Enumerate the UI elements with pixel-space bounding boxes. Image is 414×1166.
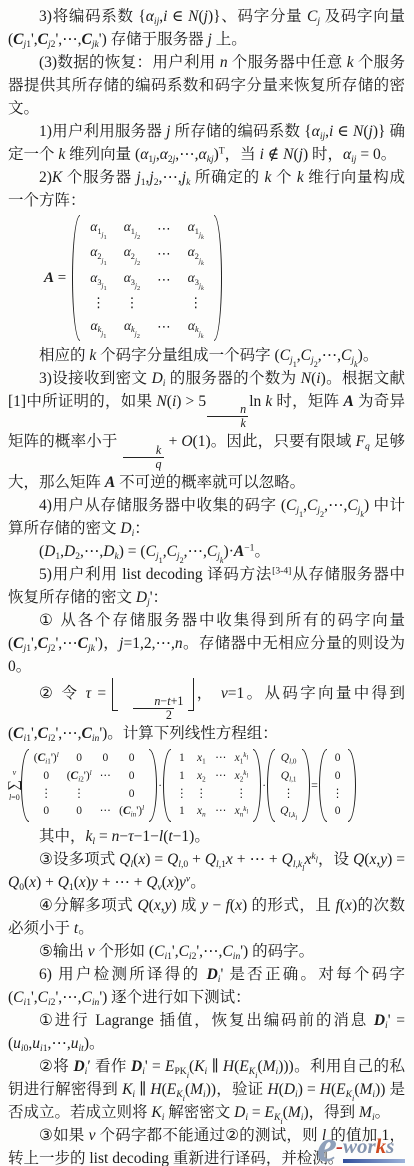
matrix-cell: 0 bbox=[129, 788, 135, 802]
matrix-cell: (Cin')l bbox=[119, 805, 144, 819]
para-substep2-tau-definition: ② 令 τ = n−t+12， v=1。从码字向量中得到 (Ci1',Ci2',… bbox=[8, 678, 405, 745]
coefficient-column-grid: Ql,0Ql,1⋮Ql,kl bbox=[275, 749, 302, 822]
matrix-cell: ⋯ bbox=[215, 752, 227, 766]
matrix-cell: 0 bbox=[43, 770, 49, 784]
logo-k-text: k bbox=[376, 1135, 387, 1158]
para-singular-matrix-probability: 3)设接收到密文 Di 的服务器的个数为 N(i)。根据文献[1]中所证明的，如… bbox=[8, 367, 405, 494]
para-codeword-composition: 相应的 k 个码字分量组成一个码字 (Cj1,Cj2,⋯,Cjk)。 bbox=[8, 344, 405, 367]
equation-decode-ciphertext: (D1,D2,⋯,Dk) = (Cj1,Cj2,⋯,Cjk)·A−1。 bbox=[8, 540, 405, 563]
zero-column-grid: 00⋮0 bbox=[327, 749, 349, 822]
para-recover-step2-square-matrix: 2)K 个服务器 j1,j2,⋯,jk 所确定的 k 个 k 维行向量构成一个方… bbox=[8, 166, 405, 212]
para-step4-compute-ciphertext: 4)用户从存储服务器中收集的码字 (Cj1,Cj2,⋯,Cjk) 中计算所存储的… bbox=[8, 494, 405, 540]
para-check2-decrypt-verify: ②将 Di′ 看作 Di' = EPKi(Ki ∥ H(EKi(Mi)))。利用… bbox=[8, 1055, 405, 1124]
matrix-cell: 0 bbox=[103, 752, 109, 766]
matrix-cell: x1kl bbox=[235, 752, 249, 766]
matrix-cell: ⋯ bbox=[100, 805, 112, 819]
matrix-cell: ⋮ bbox=[40, 788, 52, 802]
right-paren bbox=[302, 749, 310, 822]
sum-lower-limit: l=0 bbox=[9, 794, 20, 803]
matrix-cell: αkj2 bbox=[124, 318, 140, 337]
matrix-cell: 0 bbox=[76, 752, 82, 766]
para-substep5-output-codewords: ⑤输出 v 个形如 (Ci1',Ci2',⋯,Cin') 的码字。 bbox=[8, 940, 405, 963]
matrix-cell: x2 bbox=[197, 770, 206, 784]
diagonal-codeword-matrix: (Ci1')l0000(Ci2')l⋯0⋮⋮000⋯(Cin')l bbox=[21, 749, 157, 822]
matrix-cell: α3jk bbox=[188, 270, 204, 289]
matrix-cell: x2kl bbox=[235, 770, 249, 784]
matrix-a-lhs: A = bbox=[44, 267, 66, 290]
diagonal-matrix-grid: (Ci1')l0000(Ci2')l⋯0⋮⋮000⋯(Cin')l bbox=[29, 749, 149, 822]
left-paren bbox=[267, 749, 275, 822]
matrix-cell: Ql,kl bbox=[280, 805, 297, 819]
right-paren bbox=[253, 749, 261, 822]
matrix-cell: αkj1 bbox=[90, 318, 106, 337]
eworks-logo-text: e - wor k s bbox=[317, 1133, 407, 1159]
matrix-cell: α1jk bbox=[188, 219, 204, 238]
right-paren bbox=[149, 749, 157, 822]
matrix-cell: ⋯ bbox=[100, 770, 112, 784]
coefficient-column: Ql,0Ql,1⋮Ql,kl bbox=[267, 749, 310, 822]
left-paren bbox=[163, 749, 171, 822]
matrix-cell: (Ci2')l bbox=[67, 770, 92, 784]
matrix-cell: α1j2 bbox=[124, 219, 140, 238]
para-step6-verify-decoded: 6) 用户检测所译得的 Di' 是否正确。对每个码字 (Ci1',Ci2',⋯,… bbox=[8, 963, 405, 1009]
matrix-cell: ⋮ bbox=[236, 788, 248, 802]
para-kl-definition: 其中，kl = n−τ−1−l(t−1)。 bbox=[8, 825, 405, 848]
right-paren bbox=[214, 215, 222, 341]
logo-e-glyph: e bbox=[317, 1133, 337, 1159]
right-paren bbox=[348, 749, 356, 822]
para-step5-list-decoding: 5)用户利用 list decoding 译码方法[3-4]从存储服务器中恢复所… bbox=[8, 563, 405, 609]
matrix-cell: ⋮ bbox=[125, 295, 139, 311]
matrix-cell: ⋮ bbox=[283, 788, 295, 802]
left-paren bbox=[319, 749, 327, 822]
matrix-cell: ⋯ bbox=[215, 770, 227, 784]
matrix-cell: ⋮ bbox=[332, 788, 344, 802]
equation-matrix-A: A = α1j1α1j2⋯α1jkα2j1α2j2⋯α2jkα3j1α3j2⋯α… bbox=[44, 215, 405, 341]
matrix-cell: x1 bbox=[197, 752, 206, 766]
matrix-a-grid: α1j1α1j2⋯α1jkα2j1α2j2⋯α2jkα3j1α3j2⋯α3jk⋮… bbox=[80, 215, 214, 341]
matrix-cell: ⋮ bbox=[73, 788, 85, 802]
matrix-cell: ⋯ bbox=[157, 319, 171, 335]
matrix-cell: α2j2 bbox=[124, 244, 140, 263]
summation-symbol: v ∑ l=0 bbox=[9, 769, 20, 803]
matrix-cell: ⋮ bbox=[196, 788, 208, 802]
matrix-cell: xnkl bbox=[235, 805, 249, 819]
matrix-cell: ⋯ bbox=[215, 805, 227, 819]
eworks-logo: e - wor k s bbox=[317, 1133, 407, 1163]
para-recover-step1-column-vector: 1)用户利用服务器 j 所存储的编码系数 {αij,i ∈ N(j)} 确定一个… bbox=[8, 120, 405, 166]
matrix-cell: α2jk bbox=[188, 244, 204, 263]
sigma-icon: ∑ bbox=[6, 780, 23, 791]
logo-hyphen: - bbox=[336, 1135, 343, 1158]
matrix-a: α1j1α1j2⋯α1jkα2j1α2j2⋯α2jkα3j1α3j2⋯α3jk⋮… bbox=[72, 215, 222, 341]
matrix-cell: ⋯ bbox=[157, 246, 171, 262]
matrix-cell: α3j2 bbox=[124, 270, 140, 289]
matrix-cell: 1 bbox=[179, 770, 185, 784]
para-check1-lagrange-interpolation: ①进行 Lagrange 插值，恢复出编码前的消息 Di' = (ui0,ui1… bbox=[8, 1009, 405, 1055]
para-encoding-store-step3: 3)将编码系数 {αij,i ∈ N(j)}、码字分量 Cj 及码字向量 (Cj… bbox=[8, 5, 405, 51]
matrix-cell: ⋮ bbox=[176, 788, 188, 802]
matrix-cell: 0 bbox=[129, 752, 135, 766]
matrix-cell: ⋯ bbox=[157, 272, 171, 288]
para-substep1-collect-vectors: ① 从各个存储服务器中收集得到所有的码字向量 (Cj1',Cj2',⋯Cjk')… bbox=[8, 609, 405, 678]
matrix-cell: xn bbox=[197, 805, 206, 819]
logo-underline bbox=[343, 1159, 405, 1163]
matrix-cell: 1 bbox=[179, 752, 185, 766]
matrix-cell: 0 bbox=[43, 805, 49, 819]
matrix-cell: α3j1 bbox=[90, 270, 106, 289]
matrix-cell: 0 bbox=[335, 770, 341, 784]
matrix-cell: 0 bbox=[76, 805, 82, 819]
matrix-cell: ⋯ bbox=[157, 221, 171, 237]
para-substep3-polynomial: ③设多项式 Ql(x) = Ql,0 + Ql,1x + ⋯ + Ql,klxk… bbox=[8, 848, 405, 894]
zero-column: 00⋮0 bbox=[319, 749, 357, 822]
sum-upper-limit: v bbox=[13, 769, 17, 778]
para-substep4-factor-polynomial: ④分解多项式 Q(x,y) 成 y − f(x) 的形式，且 f(x)的次数必须… bbox=[8, 894, 405, 940]
matrix-cell: Ql,0 bbox=[281, 752, 297, 766]
matrix-cell: ⋮ bbox=[92, 295, 106, 311]
multiply-dot: · bbox=[158, 774, 162, 797]
equals-sign: = bbox=[311, 774, 318, 797]
matrix-cell: ⋮ bbox=[189, 295, 203, 311]
left-paren bbox=[72, 215, 80, 341]
document-page: 3)将编码系数 {αij,i ∈ N(j)}、码字分量 Cj 及码字向量 (Cj… bbox=[0, 0, 414, 1166]
matrix-cell: α2j1 bbox=[90, 244, 106, 263]
matrix-cell: 0 bbox=[335, 805, 341, 819]
multiply-dot: · bbox=[262, 774, 266, 797]
logo-s-text: s bbox=[386, 1135, 394, 1158]
vandermonde-matrix: 1x1⋯x1kl1x2⋯x2kl⋮⋮⋮1xn⋯xnkl bbox=[163, 749, 261, 822]
matrix-cell: 0 bbox=[129, 770, 135, 784]
matrix-cell: (Ci1')l bbox=[34, 752, 59, 766]
equation-linear-system: v ∑ l=0 (Ci1')l0000(Ci2')l⋯0⋮⋮000⋯(Cin')… bbox=[9, 749, 405, 822]
matrix-cell: α1j1 bbox=[90, 219, 106, 238]
matrix-cell: αkjk bbox=[188, 318, 204, 337]
para-data-recovery-intro: (3)数据的恢复：用户利用 n 个服务器中任意 k 个服务器提供其所存储的编码系… bbox=[8, 51, 405, 120]
matrix-cell: 1 bbox=[179, 805, 185, 819]
matrix-cell: 0 bbox=[335, 752, 341, 766]
vandermonde-grid: 1x1⋯x1kl1x2⋯x2kl⋮⋮⋮1xn⋯xnkl bbox=[171, 749, 253, 822]
logo-wor-text: wor bbox=[343, 1135, 376, 1158]
matrix-cell: Ql,1 bbox=[281, 770, 297, 784]
